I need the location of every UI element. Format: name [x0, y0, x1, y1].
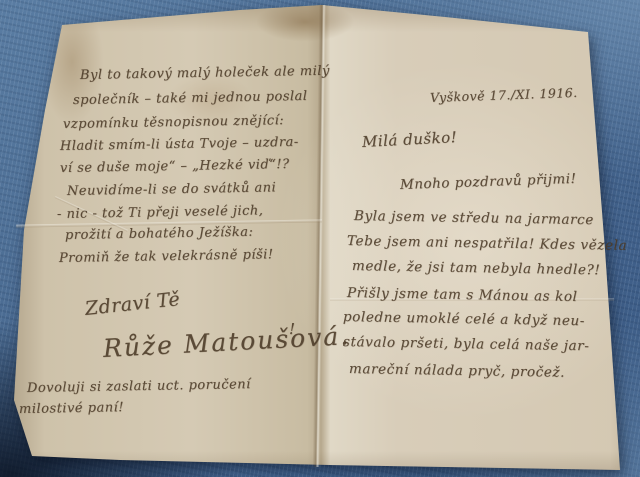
postscript-line: milostivé paní! — [19, 400, 124, 417]
letter-photo: Byl to takový malý holeček ale milý spol… — [0, 0, 640, 477]
